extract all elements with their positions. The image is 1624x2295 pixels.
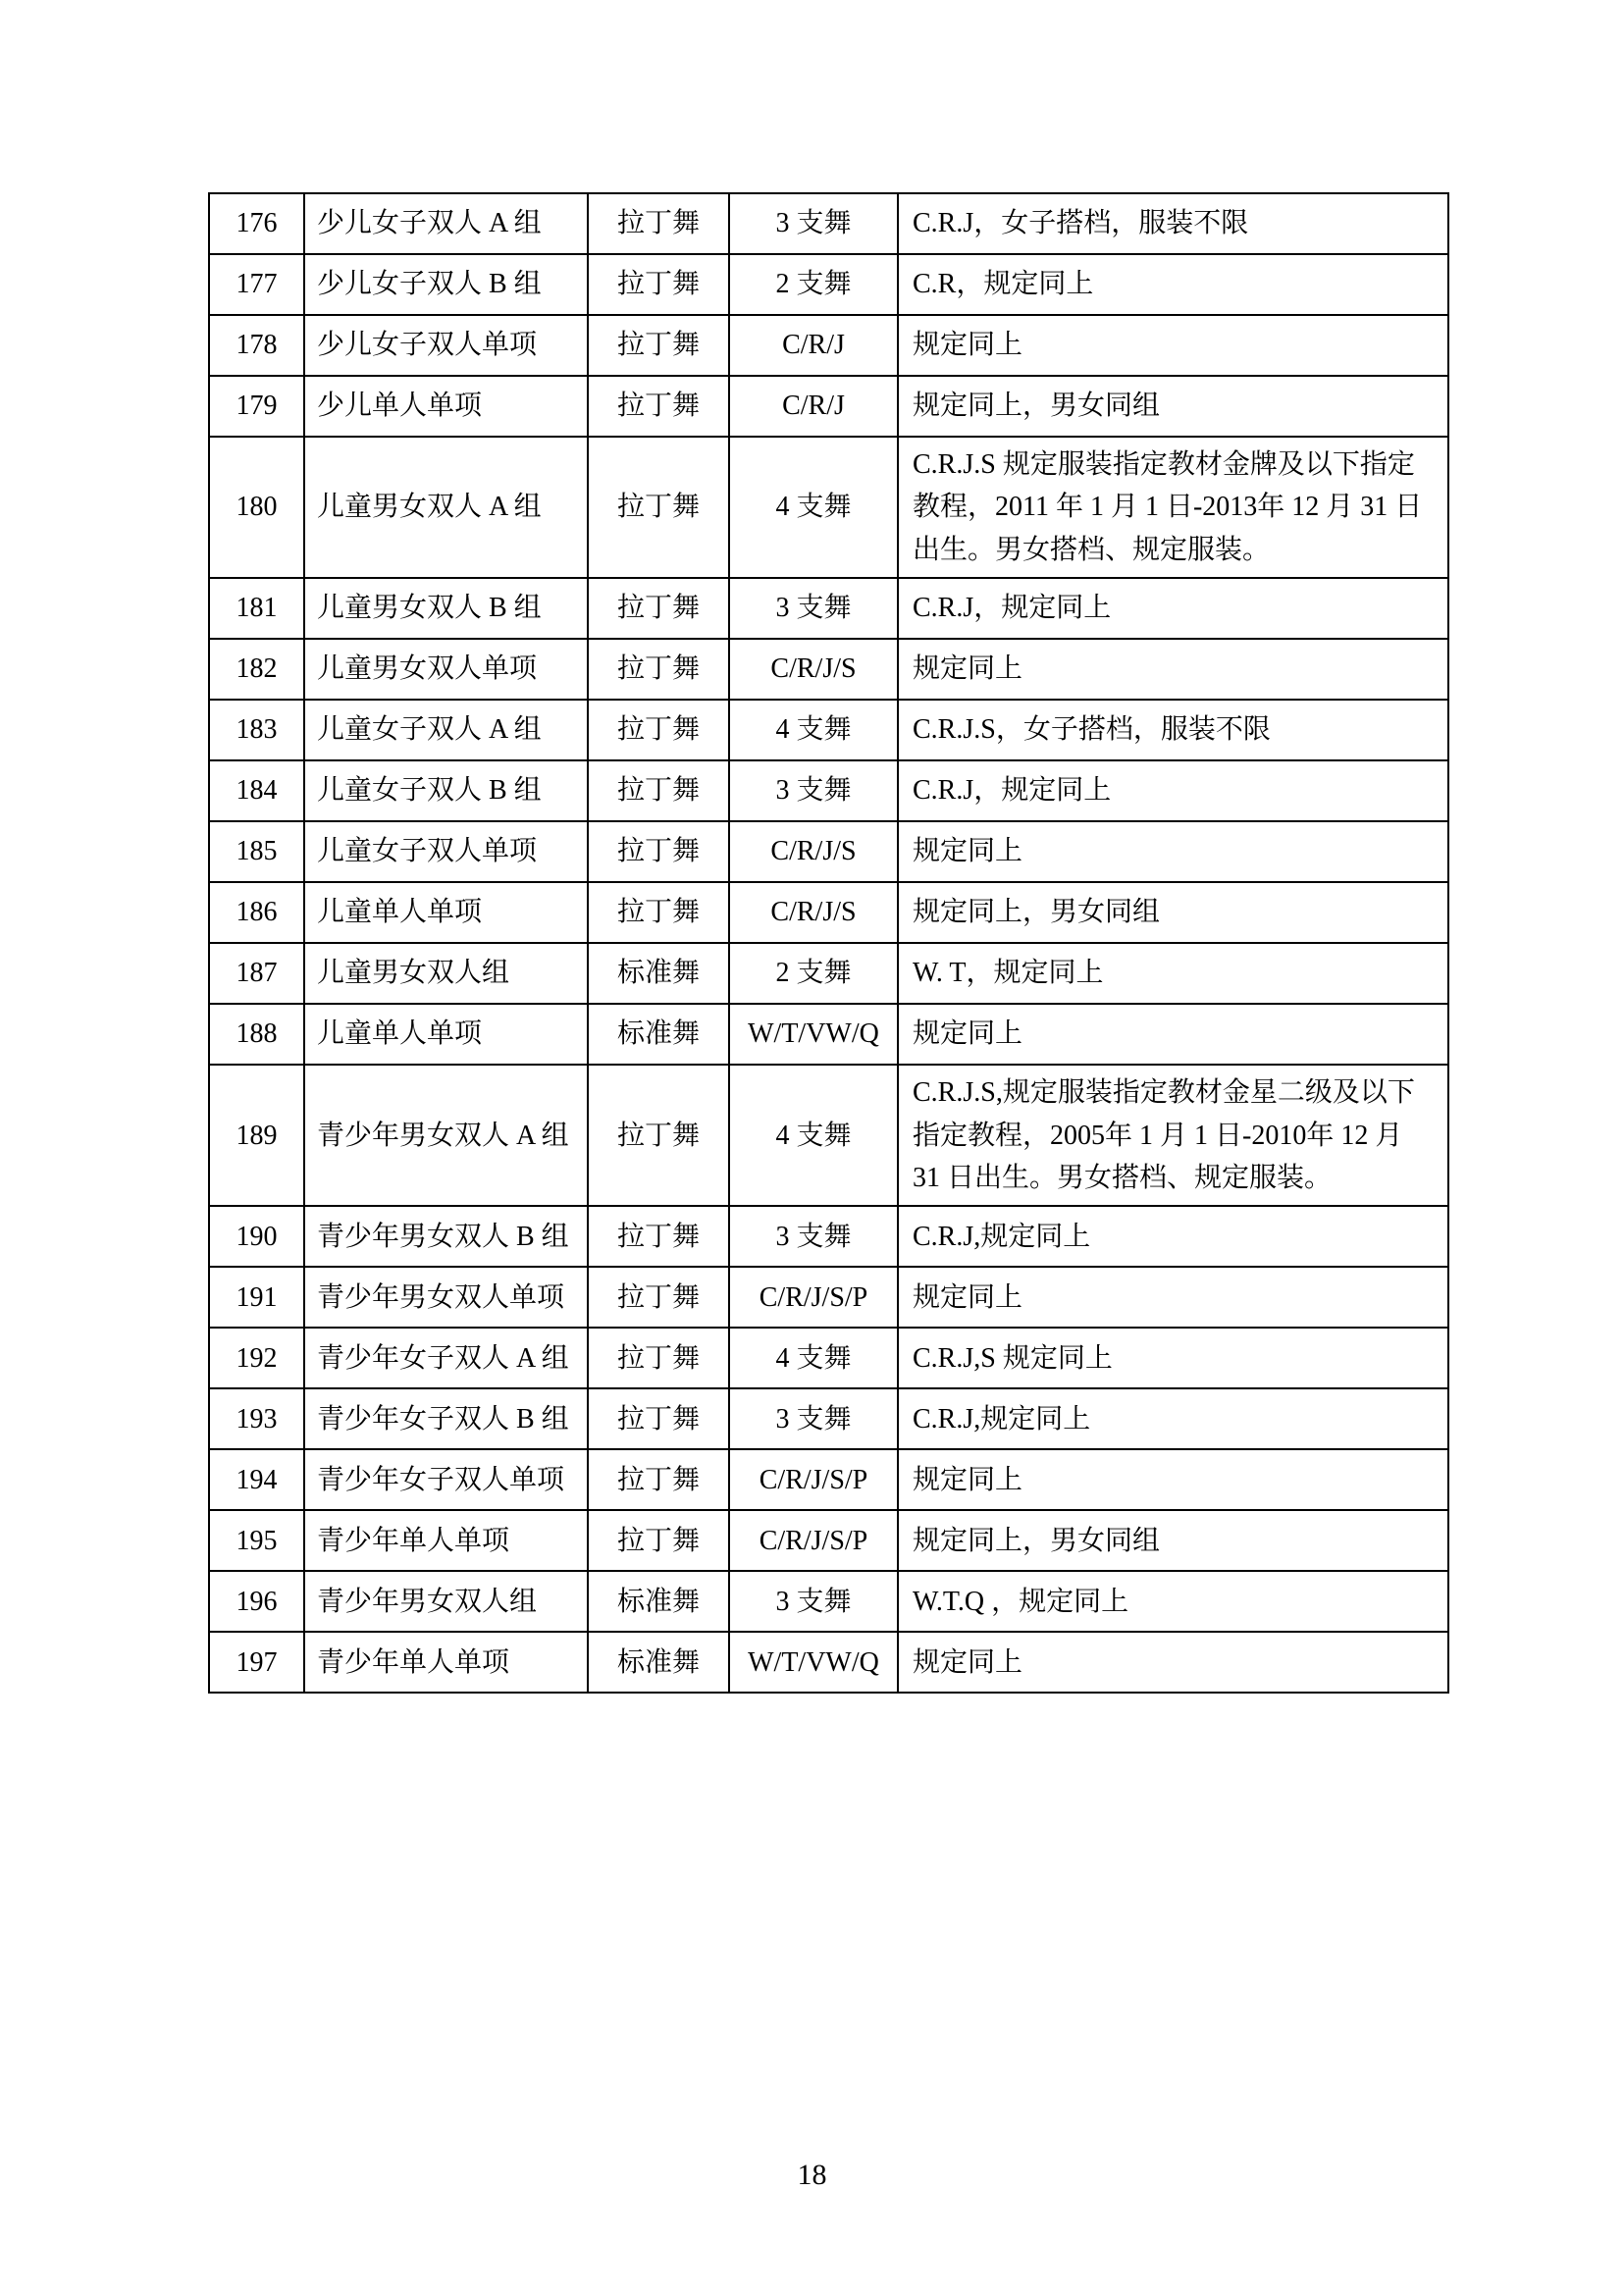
- table-row: 186 儿童单人单项 拉丁舞 C/R/J/S 规定同上，男女同组: [209, 882, 1448, 943]
- event-number-cell: 188: [209, 1004, 304, 1065]
- event-number-cell: 176: [209, 193, 304, 254]
- dance-count-cell: 3 支舞: [729, 760, 898, 821]
- event-category-cell: 青少年男女双人 B 组: [304, 1206, 588, 1267]
- dance-count-cell: 3 支舞: [729, 1388, 898, 1449]
- dance-count-cell: C/R/J/S/P: [729, 1510, 898, 1571]
- event-number-cell: 184: [209, 760, 304, 821]
- dance-type-cell: 拉丁舞: [588, 1328, 729, 1388]
- event-category-cell: 青少年单人单项: [304, 1632, 588, 1693]
- dance-count-cell: C/R/J/S: [729, 639, 898, 700]
- table-body: 176 少儿女子双人 A 组 拉丁舞 3 支舞 C.R.J，女子搭档，服装不限 …: [209, 193, 1448, 1693]
- event-category-cell: 儿童女子双人 B 组: [304, 760, 588, 821]
- event-number-cell: 196: [209, 1571, 304, 1632]
- table-row: 181 儿童男女双人 B 组 拉丁舞 3 支舞 C.R.J，规定同上: [209, 578, 1448, 639]
- requirements-cell: 规定同上: [898, 1267, 1448, 1328]
- table-row: 184 儿童女子双人 B 组 拉丁舞 3 支舞 C.R.J，规定同上: [209, 760, 1448, 821]
- event-number-cell: 183: [209, 700, 304, 760]
- event-category-cell: 青少年女子双人 B 组: [304, 1388, 588, 1449]
- requirements-cell: 规定同上，男女同组: [898, 376, 1448, 437]
- dance-count-cell: W/T/VW/Q: [729, 1632, 898, 1693]
- event-number-cell: 186: [209, 882, 304, 943]
- event-category-cell: 少儿女子双人 B 组: [304, 254, 588, 315]
- dance-count-cell: 2 支舞: [729, 943, 898, 1004]
- table-row: 195 青少年单人单项 拉丁舞 C/R/J/S/P 规定同上，男女同组: [209, 1510, 1448, 1571]
- competition-events-table: 176 少儿女子双人 A 组 拉丁舞 3 支舞 C.R.J，女子搭档，服装不限 …: [208, 192, 1449, 1694]
- dance-count-cell: 4 支舞: [729, 1065, 898, 1206]
- event-category-cell: 青少年单人单项: [304, 1510, 588, 1571]
- dance-type-cell: 拉丁舞: [588, 1510, 729, 1571]
- table-row: 178 少儿女子双人单项 拉丁舞 C/R/J 规定同上: [209, 315, 1448, 376]
- dance-count-cell: 4 支舞: [729, 1328, 898, 1388]
- dance-type-cell: 拉丁舞: [588, 1267, 729, 1328]
- event-number-cell: 194: [209, 1449, 304, 1510]
- event-category-cell: 儿童男女双人单项: [304, 639, 588, 700]
- table-row: 187 儿童男女双人组 标准舞 2 支舞 W. T，规定同上: [209, 943, 1448, 1004]
- table-row: 180 儿童男女双人 A 组 拉丁舞 4 支舞 C.R.J.S 规定服装指定教材…: [209, 437, 1448, 578]
- dance-count-cell: 3 支舞: [729, 578, 898, 639]
- requirements-cell: C.R.J.S，女子搭档，服装不限: [898, 700, 1448, 760]
- dance-type-cell: 拉丁舞: [588, 639, 729, 700]
- dance-type-cell: 拉丁舞: [588, 578, 729, 639]
- table-row: 179 少儿单人单项 拉丁舞 C/R/J 规定同上，男女同组: [209, 376, 1448, 437]
- event-category-cell: 少儿单人单项: [304, 376, 588, 437]
- event-number-cell: 179: [209, 376, 304, 437]
- dance-count-cell: W/T/VW/Q: [729, 1004, 898, 1065]
- table-row: 194 青少年女子双人单项 拉丁舞 C/R/J/S/P 规定同上: [209, 1449, 1448, 1510]
- requirements-cell: C.R.J,S 规定同上: [898, 1328, 1448, 1388]
- requirements-cell: C.R.J，女子搭档，服装不限: [898, 193, 1448, 254]
- table-row: 192 青少年女子双人 A 组 拉丁舞 4 支舞 C.R.J,S 规定同上: [209, 1328, 1448, 1388]
- document-page: 176 少儿女子双人 A 组 拉丁舞 3 支舞 C.R.J，女子搭档，服装不限 …: [0, 0, 1624, 2295]
- requirements-cell: C.R.J,规定同上: [898, 1206, 1448, 1267]
- event-number-cell: 195: [209, 1510, 304, 1571]
- table-row: 177 少儿女子双人 B 组 拉丁舞 2 支舞 C.R，规定同上: [209, 254, 1448, 315]
- event-category-cell: 儿童男女双人 B 组: [304, 578, 588, 639]
- requirements-cell: 规定同上: [898, 1004, 1448, 1065]
- event-category-cell: 儿童单人单项: [304, 882, 588, 943]
- dance-type-cell: 拉丁舞: [588, 760, 729, 821]
- dance-count-cell: C/R/J: [729, 376, 898, 437]
- dance-type-cell: 拉丁舞: [588, 315, 729, 376]
- table-row: 176 少儿女子双人 A 组 拉丁舞 3 支舞 C.R.J，女子搭档，服装不限: [209, 193, 1448, 254]
- event-number-cell: 191: [209, 1267, 304, 1328]
- dance-type-cell: 拉丁舞: [588, 437, 729, 578]
- event-category-cell: 青少年女子双人 A 组: [304, 1328, 588, 1388]
- dance-type-cell: 标准舞: [588, 1571, 729, 1632]
- dance-type-cell: 拉丁舞: [588, 193, 729, 254]
- requirements-cell: W.T.Q ，规定同上: [898, 1571, 1448, 1632]
- event-number-cell: 197: [209, 1632, 304, 1693]
- event-category-cell: 青少年男女双人组: [304, 1571, 588, 1632]
- table-row: 189 青少年男女双人 A 组 拉丁舞 4 支舞 C.R.J.S,规定服装指定教…: [209, 1065, 1448, 1206]
- requirements-cell: C.R.J，规定同上: [898, 760, 1448, 821]
- event-category-cell: 少儿女子双人单项: [304, 315, 588, 376]
- requirements-cell: C.R.J.S,规定服装指定教材金星二级及以下指定教程，2005年 1 月 1 …: [898, 1065, 1448, 1206]
- dance-type-cell: 拉丁舞: [588, 1065, 729, 1206]
- requirements-cell: 规定同上: [898, 821, 1448, 882]
- event-number-cell: 187: [209, 943, 304, 1004]
- dance-type-cell: 标准舞: [588, 1004, 729, 1065]
- event-category-cell: 儿童男女双人组: [304, 943, 588, 1004]
- requirements-cell: 规定同上: [898, 639, 1448, 700]
- event-category-cell: 儿童女子双人单项: [304, 821, 588, 882]
- dance-type-cell: 拉丁舞: [588, 882, 729, 943]
- dance-type-cell: 拉丁舞: [588, 1206, 729, 1267]
- dance-count-cell: 2 支舞: [729, 254, 898, 315]
- event-number-cell: 190: [209, 1206, 304, 1267]
- event-category-cell: 青少年男女双人 A 组: [304, 1065, 588, 1206]
- table-row: 188 儿童单人单项 标准舞 W/T/VW/Q 规定同上: [209, 1004, 1448, 1065]
- dance-count-cell: C/R/J: [729, 315, 898, 376]
- dance-type-cell: 拉丁舞: [588, 1388, 729, 1449]
- table-row: 193 青少年女子双人 B 组 拉丁舞 3 支舞 C.R.J,规定同上: [209, 1388, 1448, 1449]
- event-number-cell: 182: [209, 639, 304, 700]
- table-row: 185 儿童女子双人单项 拉丁舞 C/R/J/S 规定同上: [209, 821, 1448, 882]
- dance-type-cell: 拉丁舞: [588, 821, 729, 882]
- dance-type-cell: 拉丁舞: [588, 1449, 729, 1510]
- dance-count-cell: C/R/J/S: [729, 821, 898, 882]
- event-number-cell: 193: [209, 1388, 304, 1449]
- requirements-cell: 规定同上: [898, 1632, 1448, 1693]
- requirements-cell: W. T，规定同上: [898, 943, 1448, 1004]
- event-number-cell: 180: [209, 437, 304, 578]
- event-category-cell: 少儿女子双人 A 组: [304, 193, 588, 254]
- event-number-cell: 189: [209, 1065, 304, 1206]
- requirements-cell: C.R.J.S 规定服装指定教材金牌及以下指定教程，2011 年 1 月 1 日…: [898, 437, 1448, 578]
- requirements-cell: 规定同上，男女同组: [898, 1510, 1448, 1571]
- dance-count-cell: 4 支舞: [729, 700, 898, 760]
- event-category-cell: 儿童单人单项: [304, 1004, 588, 1065]
- dance-type-cell: 标准舞: [588, 943, 729, 1004]
- dance-type-cell: 标准舞: [588, 1632, 729, 1693]
- dance-count-cell: C/R/J/S/P: [729, 1267, 898, 1328]
- table-row: 190 青少年男女双人 B 组 拉丁舞 3 支舞 C.R.J,规定同上: [209, 1206, 1448, 1267]
- dance-count-cell: 3 支舞: [729, 193, 898, 254]
- dance-count-cell: 4 支舞: [729, 437, 898, 578]
- event-category-cell: 儿童男女双人 A 组: [304, 437, 588, 578]
- event-number-cell: 181: [209, 578, 304, 639]
- requirements-cell: C.R.J,规定同上: [898, 1388, 1448, 1449]
- table-row: 182 儿童男女双人单项 拉丁舞 C/R/J/S 规定同上: [209, 639, 1448, 700]
- dance-type-cell: 拉丁舞: [588, 376, 729, 437]
- event-number-cell: 178: [209, 315, 304, 376]
- event-number-cell: 185: [209, 821, 304, 882]
- table-row: 196 青少年男女双人组 标准舞 3 支舞 W.T.Q ，规定同上: [209, 1571, 1448, 1632]
- page-number: 18: [0, 2159, 1624, 2192]
- dance-count-cell: 3 支舞: [729, 1206, 898, 1267]
- dance-type-cell: 拉丁舞: [588, 700, 729, 760]
- requirements-cell: 规定同上: [898, 1449, 1448, 1510]
- dance-count-cell: 3 支舞: [729, 1571, 898, 1632]
- event-category-cell: 青少年男女双人单项: [304, 1267, 588, 1328]
- table-row: 183 儿童女子双人 A 组 拉丁舞 4 支舞 C.R.J.S，女子搭档，服装不…: [209, 700, 1448, 760]
- table-row: 197 青少年单人单项 标准舞 W/T/VW/Q 规定同上: [209, 1632, 1448, 1693]
- requirements-cell: 规定同上: [898, 315, 1448, 376]
- event-category-cell: 青少年女子双人单项: [304, 1449, 588, 1510]
- requirements-cell: C.R，规定同上: [898, 254, 1448, 315]
- requirements-cell: C.R.J，规定同上: [898, 578, 1448, 639]
- dance-count-cell: C/R/J/S: [729, 882, 898, 943]
- table-row: 191 青少年男女双人单项 拉丁舞 C/R/J/S/P 规定同上: [209, 1267, 1448, 1328]
- requirements-cell: 规定同上，男女同组: [898, 882, 1448, 943]
- dance-type-cell: 拉丁舞: [588, 254, 729, 315]
- dance-count-cell: C/R/J/S/P: [729, 1449, 898, 1510]
- event-number-cell: 177: [209, 254, 304, 315]
- event-number-cell: 192: [209, 1328, 304, 1388]
- event-category-cell: 儿童女子双人 A 组: [304, 700, 588, 760]
